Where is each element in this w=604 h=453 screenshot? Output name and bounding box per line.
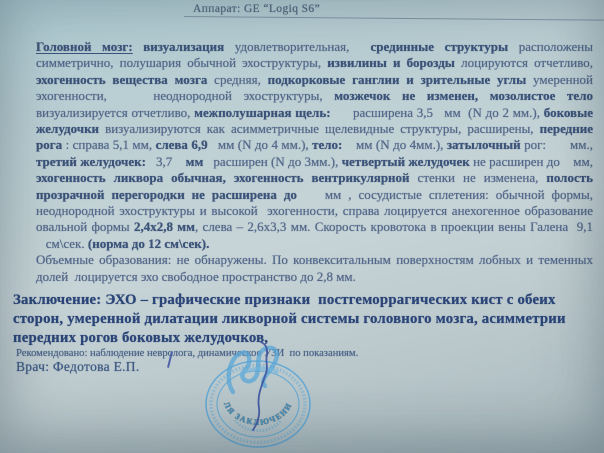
text-segment: визуализируются как асимметричные щелеви… xyxy=(99,121,540,136)
document-photo: Аппарат: GE “Logiq S6” Головной мозг: ви… xyxy=(0,0,604,453)
text-segment: мм (N до 4 мм.), xyxy=(208,137,312,152)
text-segment: эхогенность ликвора обычная, xyxy=(36,170,226,185)
text-segment: 3,7 xyxy=(146,154,186,169)
text-segment: расширена 3,5 мм (N до 2 мм.), xyxy=(331,105,544,120)
doctor-line: Врач: Федотова Е.П. xyxy=(16,359,140,375)
text-segment: 2,4х2,8 мм xyxy=(134,219,195,234)
text-segment: лоцируются отчетливо, xyxy=(455,55,593,70)
text-segment: извилины и борозды xyxy=(327,55,455,70)
report-paragraph-brain: Головной мозг: визуализация удовлетворит… xyxy=(36,39,593,252)
text-segment: расширен (N до 3мм.), xyxy=(203,154,341,169)
text-segment: стенки не изменена, xyxy=(410,170,547,185)
text-segment: Заключение: ЭХО – графические признаки п… xyxy=(13,292,566,346)
text-segment: визуализируется отчетливо, xyxy=(36,105,194,120)
text-segment: тело: xyxy=(312,137,342,152)
text-segment: средняя, xyxy=(207,72,267,87)
text-segment: срединные структуры xyxy=(371,39,509,54)
text-segment: (норма до 12 см\сек). xyxy=(88,236,209,251)
text-segment: Головной мозг: xyxy=(36,39,133,54)
text-segment: Объемные образования: не обнаружены. По … xyxy=(36,252,593,283)
header-rule xyxy=(184,16,604,21)
text-segment: рог: мм., xyxy=(521,137,593,152)
round-stamp: ДЛЯ ЗАКЛЮЧЕНИЙ xyxy=(195,340,320,453)
text-segment: мозжечок не изменен, мозолистое тело xyxy=(334,88,593,103)
report-paragraph-masses: Объемные образования: не обнаружены. По … xyxy=(36,252,593,285)
text-segment: мм xyxy=(186,154,204,169)
text-segment xyxy=(226,170,234,185)
text-segment: слева 6,9 xyxy=(156,137,208,152)
text-segment: эхогенность вентрикулярной xyxy=(234,170,410,185)
text-segment: затылочный xyxy=(447,137,521,152)
report-body: Головной мозг: визуализация удовлетворит… xyxy=(36,39,593,285)
text-segment: межполушарная щель: xyxy=(194,105,330,120)
text-segment: третий желудочек: xyxy=(36,154,146,169)
text-segment: подкорковые ганглии и зрительные углы xyxy=(268,72,527,87)
text-segment: удовлетворительная, xyxy=(224,39,370,54)
text-segment: не расширен до мм, xyxy=(470,154,593,169)
text-segment: четвертый желудочек xyxy=(342,154,470,169)
apparatus-label: Аппарат: GE “Logiq S6” xyxy=(193,3,320,15)
text-segment: визуализация xyxy=(143,39,224,54)
text-segment: : справа 5,1 мм, xyxy=(62,137,155,152)
text-segment: мм (N до 4мм.), xyxy=(342,137,446,152)
text-segment xyxy=(133,39,144,54)
text-segment: эхогенность вещества мозга xyxy=(36,72,207,87)
